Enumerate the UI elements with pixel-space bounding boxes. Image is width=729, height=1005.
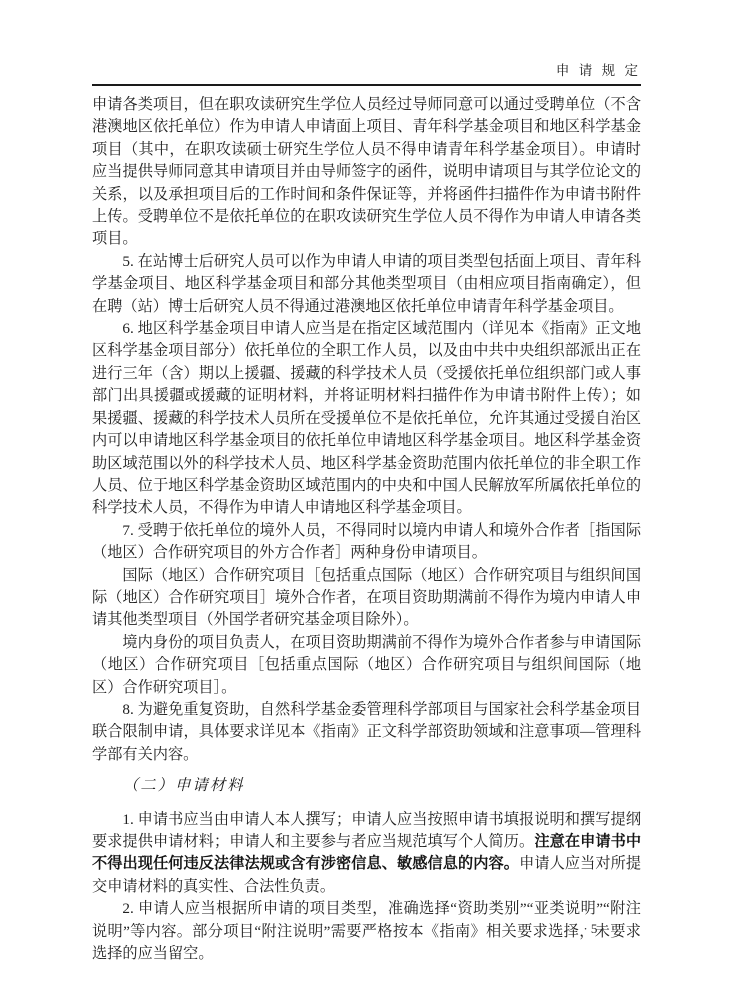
document-body: 申请各类项目，但在职攻读研究生学位人员经过导师同意可以通过受聘单位（不含港澳地区… (92, 94, 641, 965)
paragraph-item-8: 8. 为避免重复资助，自然科学基金委管理科学部项目与国家社会科学基金项目联合限制… (92, 699, 641, 766)
section-heading-application-materials: （二）申请材料 (92, 775, 641, 797)
paragraph-item-7: 7. 受聘于依托单位的境外人员，不得同时以境内申请人和境外合作者［指国际（地区）… (92, 520, 641, 565)
paragraph-item-6: 6. 地区科学基金项目申请人应当是在指定区域范围内（详见本《指南》正文地区科学基… (92, 318, 641, 520)
header-rule (92, 84, 641, 86)
paragraph-item-5: 5. 在站博士后研究人员可以作为申请人申请的项目类型包括面上项目、青年科学基金项… (92, 251, 641, 318)
paragraph-intl-coop-partner: 国际（地区）合作研究项目［包括重点国际（地区）合作研究项目与组织间国际（地区）合… (92, 565, 641, 632)
paragraph-continuation: 申请各类项目，但在职攻读研究生学位人员经过导师同意可以通过受聘单位（不含港澳地区… (92, 94, 641, 251)
running-header-title: 申 请 规 定 (92, 59, 641, 79)
document-page: 申 请 规 定 申请各类项目，但在职攻读研究生学位人员经过导师同意可以通过受聘单… (0, 0, 729, 1005)
paragraph-materials-item-1: 1. 申请书应当由申请人本人撰写；申请人应当按照申请书填报说明和撰写提纲要求提供… (92, 809, 641, 899)
paragraph-domestic-pi: 境内身份的项目负责人，在项目资助期满前不得作为境外合作者参与申请国际（地区）合作… (92, 632, 641, 699)
page-number: · 5 · (92, 921, 641, 937)
